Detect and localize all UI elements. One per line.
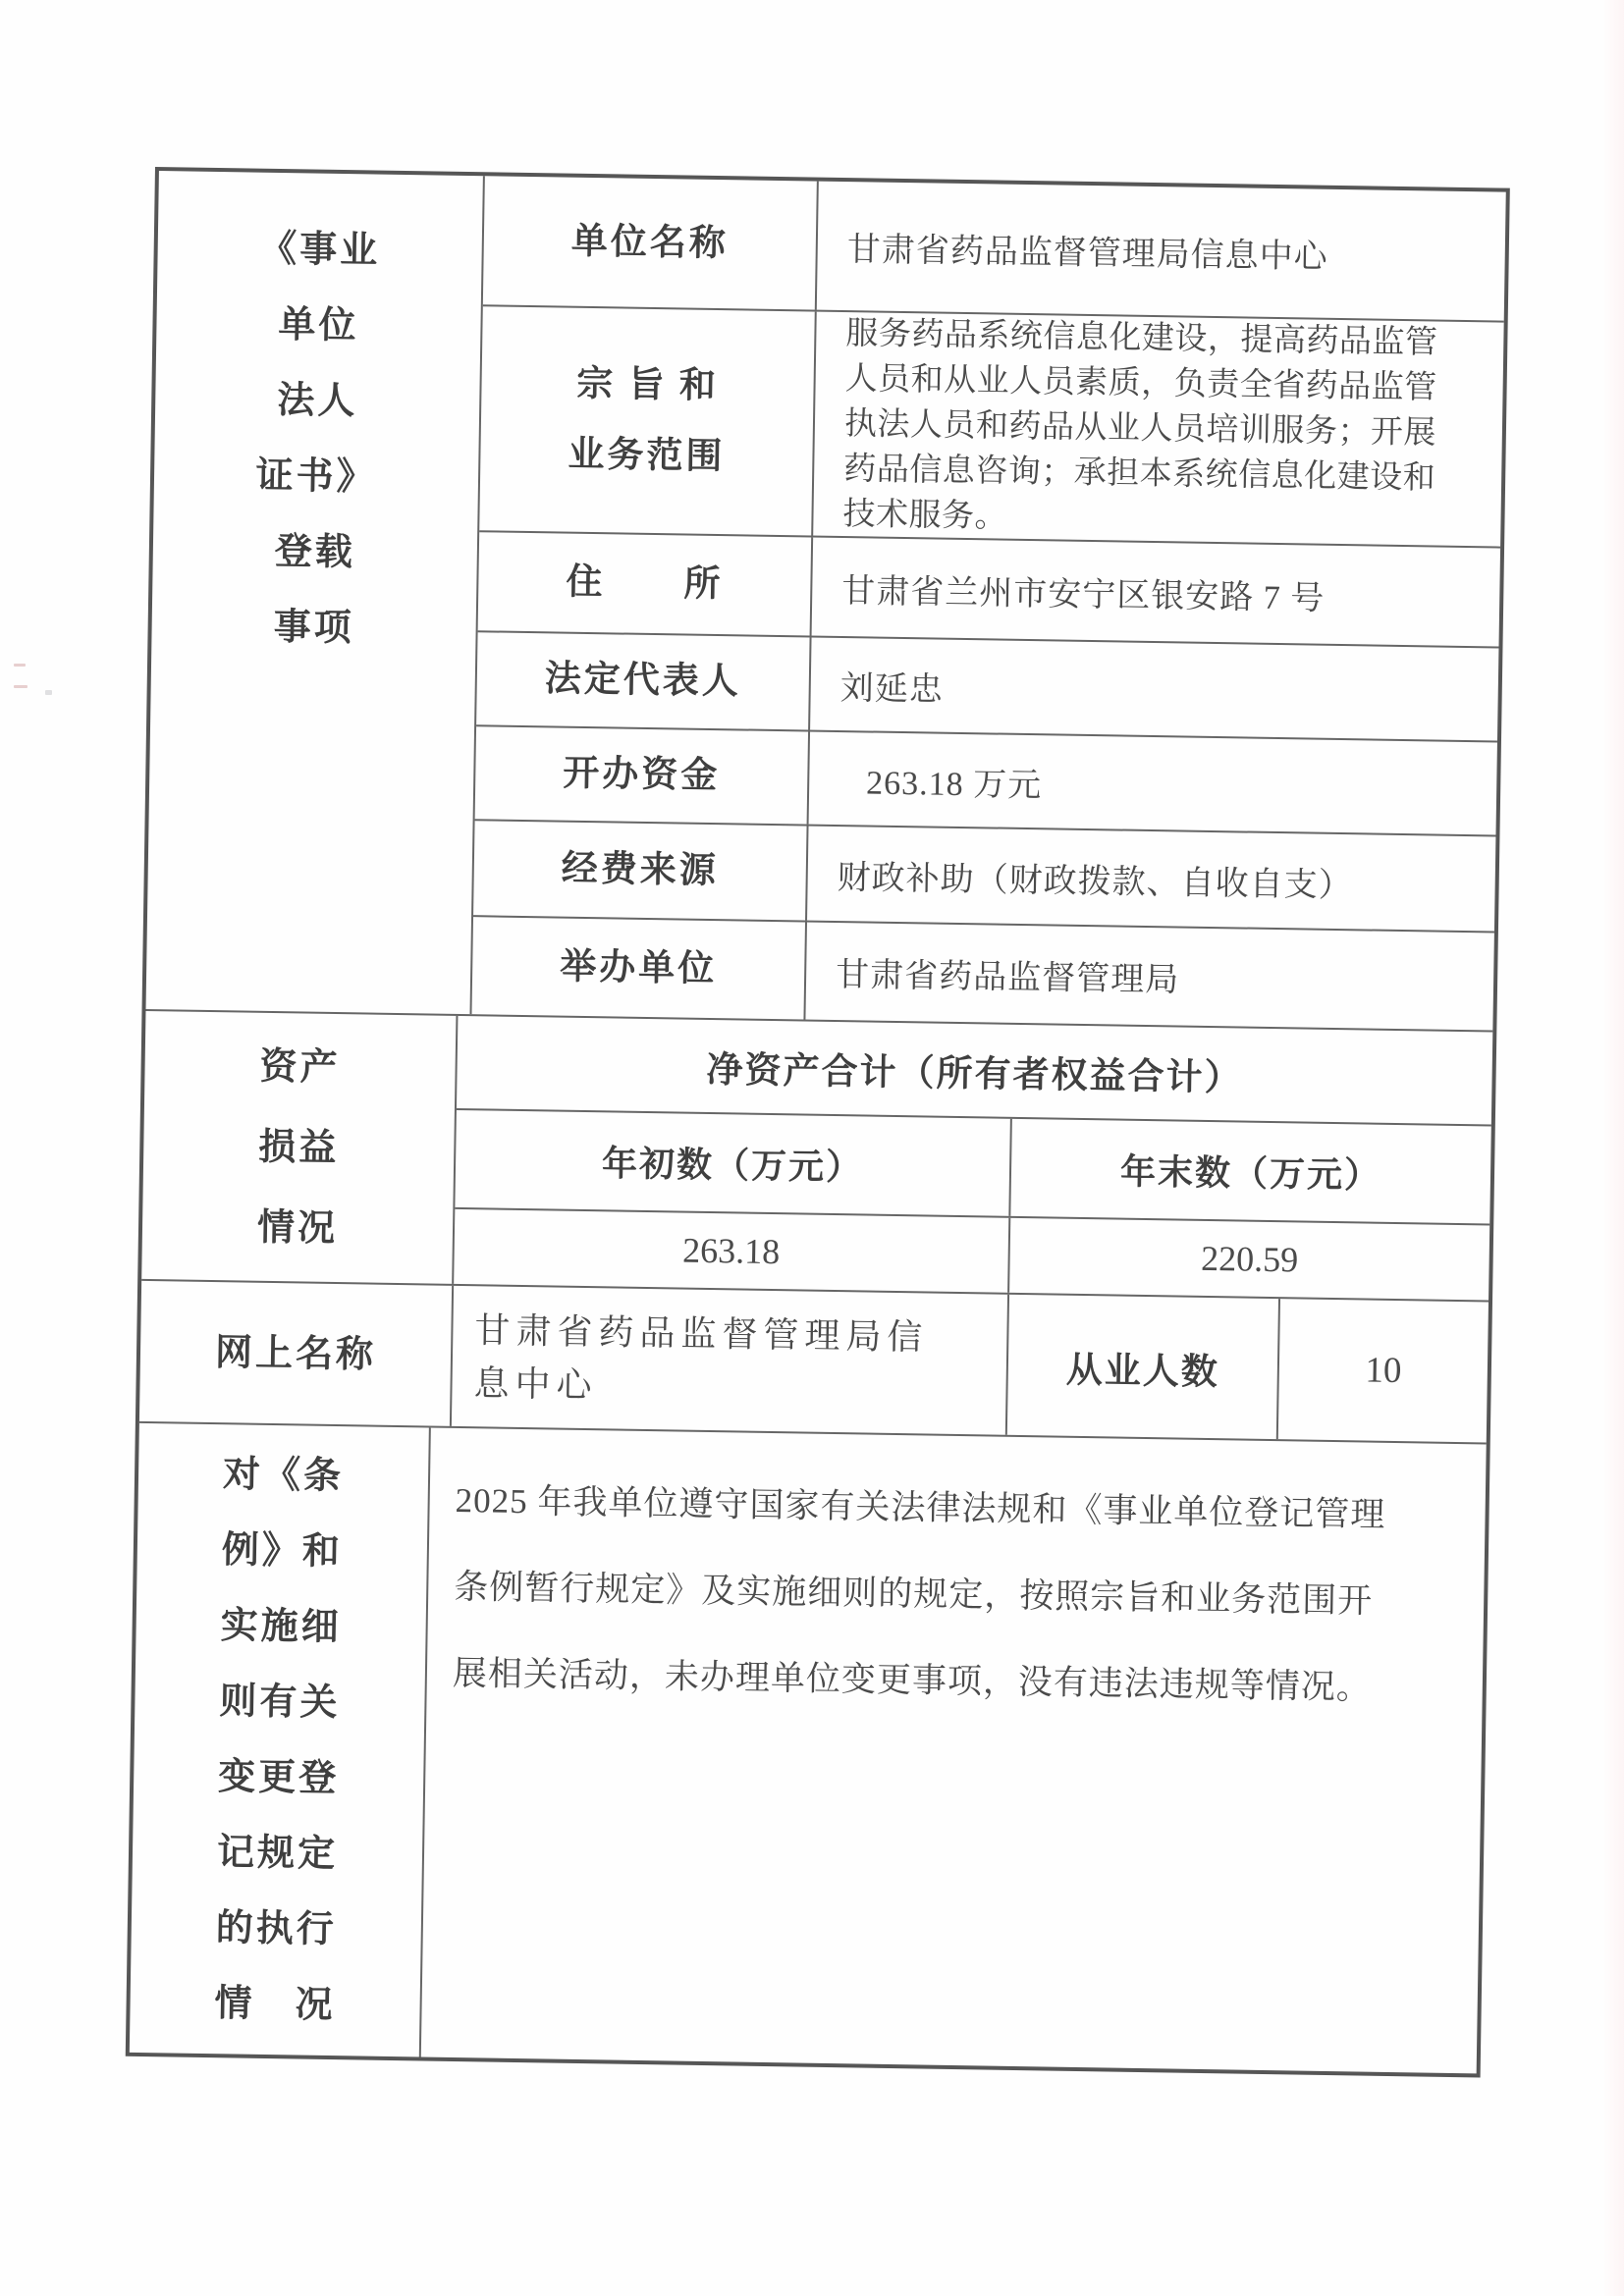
funding-source-label: 经费来源 (473, 821, 808, 920)
online-name-section: 网上名称 甘肃省药品监督管理局信 息中心 从业人数 10 (139, 1281, 1489, 1445)
assets-section-header: 资产 损益 情况 (141, 1011, 458, 1284)
funding-source-row: 经费来源 财政补助（财政拨款、自收自支） (473, 821, 1495, 933)
organizer-label: 举办单位 (471, 917, 807, 1019)
scan-edge-tint (1602, 0, 1624, 2296)
certificate-items-section: 《事业 单位 法人 证书》 登载 事项 单位名称 甘肃省药品监督管理局信息中心 … (145, 171, 1505, 1032)
assets-section: 资产 损益 情况 净资产合计（所有者权益合计） 年初数（万元） 年末数（万元） … (141, 1011, 1492, 1303)
address-row: 住 所 甘肃省兰州市安宁区银安路 7 号 (478, 532, 1500, 648)
scan-artifact (45, 690, 52, 695)
purpose-scope-value: 服务药品系统信息化建设，提高药品监管 人员和从业人员素质，负责全省药品监管 执法… (813, 312, 1503, 547)
year-end-value: 220.59 (1009, 1218, 1489, 1301)
net-assets-header: 净资产合计（所有者权益合计） (457, 1016, 1492, 1127)
compliance-section: 对《条 例》和 实施细 则有关 变更登 记规定 的执行 情 况 2025 年我单… (130, 1423, 1487, 2073)
certificate-section-header: 《事业 单位 法人 证书》 登载 事项 (146, 171, 485, 1014)
compliance-section-header: 对《条 例》和 实施细 则有关 变更登 记规定 的执行 情 况 (130, 1423, 431, 2057)
year-start-label: 年初数（万元） (455, 1110, 1011, 1216)
opening-capital-value: 263.18 万元 (809, 732, 1497, 835)
unit-name-value: 甘肃省药品监督管理局信息中心 (817, 182, 1506, 321)
organizer-value: 甘肃省药品监督管理局 (805, 923, 1493, 1031)
scan-artifact (14, 664, 26, 667)
funding-source-value: 财政补助（财政拨款、自收自支） (807, 827, 1495, 932)
staff-count-label: 从业人数 (1007, 1295, 1280, 1439)
organizer-row: 举办单位 甘肃省药品监督管理局 (471, 917, 1493, 1030)
legal-representative-value: 刘延忠 (810, 638, 1498, 741)
legal-representative-row: 法定代表人 刘延忠 (476, 632, 1498, 742)
legal-representative-label: 法定代表人 (476, 632, 811, 729)
registration-form-table: 《事业 单位 法人 证书》 登载 事项 单位名称 甘肃省药品监督管理局信息中心 … (126, 167, 1510, 2077)
year-start-value: 263.18 (454, 1209, 1010, 1293)
staff-count-value: 10 (1278, 1299, 1489, 1442)
scan-artifact (14, 685, 27, 688)
purpose-scope-label: 宗 旨 和 业务范围 (479, 306, 817, 535)
year-end-label: 年末数（万元） (1010, 1119, 1490, 1224)
opening-capital-row: 开办资金 263.18 万元 (475, 726, 1497, 836)
unit-name-label: 单位名称 (483, 176, 819, 309)
address-label: 住 所 (478, 532, 814, 635)
online-name-value: 甘肃省药品监督管理局信 息中心 (452, 1286, 1009, 1435)
purpose-scope-row: 宗 旨 和 业务范围 服务药品系统信息化建设，提高药品监管 人员和从业人员素质，… (479, 306, 1503, 548)
opening-capital-label: 开办资金 (475, 726, 810, 824)
unit-name-row: 单位名称 甘肃省药品监督管理局信息中心 (483, 176, 1506, 322)
address-value: 甘肃省兰州市安宁区银安路 7 号 (812, 538, 1500, 647)
online-name-label: 网上名称 (139, 1281, 454, 1426)
compliance-statement: 2025 年我单位遵守国家有关法律法规和《事业单位登记管理 条例暂行规定》及实施… (421, 1428, 1487, 2074)
